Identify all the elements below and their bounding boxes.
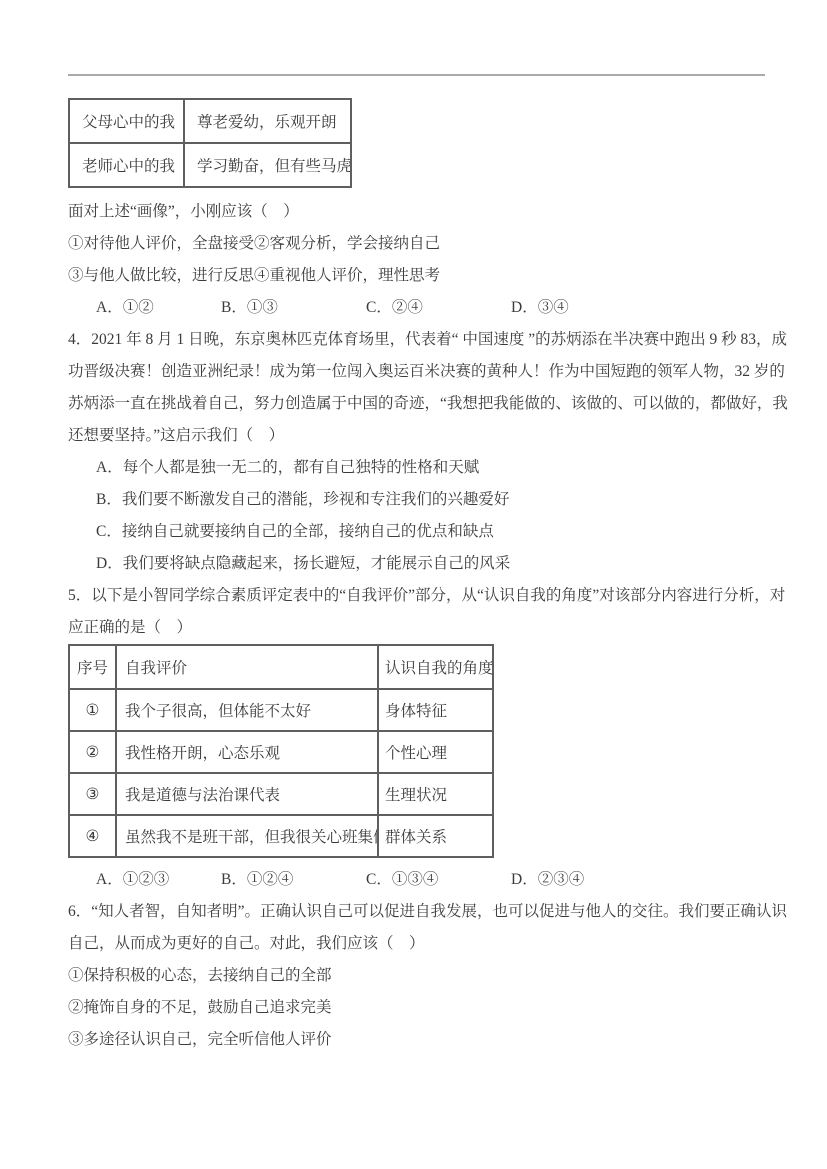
q5-stem: 5．以下是小智同学综合素质评定表中的“自我评价”部分，从“认识自我的角度”对该部… (68, 580, 765, 644)
table-cell-number: ① (69, 689, 116, 731)
q4-stem: 4．2021 年 8 月 1 日晚，东京奥林匹克体育场里，代表着“ 中国速度 ”… (68, 324, 765, 452)
q5-option-c: C．①③④ (366, 864, 511, 896)
q4-stem-line-4: 还想要坚持。”这启示我们（ ） (68, 420, 765, 452)
q5-option-a: A．①②③ (96, 864, 221, 896)
document-page: 父母心中的我 尊老爱幼，乐观开朗 老师心中的我 学习勤奋，但有些马虎 面对上述“… (0, 74, 827, 1056)
table-cell-number: ④ (69, 815, 116, 857)
self-evaluation-table: 序号 自我评价 认识自我的角度 ① 我个子很高，但体能不太好 身体特征 ② 我性… (68, 644, 494, 858)
q3-statements-1-2: ①对待他人评价，全盘接受②客观分析，学会接纳自己 (68, 228, 765, 260)
q6-item-3: ③多途径认识自己，完全听信他人评价 (68, 1024, 765, 1056)
q5-stem-line-2: 应正确的是（ ） (68, 612, 765, 644)
q6-item-2: ②掩饰自身的不足，鼓励自己追求完美 (68, 992, 765, 1024)
q4-stem-line-2: 功晋级决赛！创造亚洲纪录！成为第一位闯入奥运百米决赛的黄种人！作为中国短跑的领军… (68, 356, 765, 388)
q5-option-b: B．①②④ (221, 864, 366, 896)
table-row: 老师心中的我 学习勤奋，但有些马虎 (69, 143, 351, 187)
q6-items: ①保持积极的心态，去接纳自己的全部 ②掩饰自身的不足，鼓励自己追求完美 ③多途径… (68, 960, 765, 1056)
q3-option-c: C．②④ (366, 292, 511, 324)
table-row: ④ 虽然我不是班干部，但我很关心班集体 群体关系 (69, 815, 493, 857)
q4-options: A．每个人都是独一无二的，都有自己独特的性格和天赋 B．我们要不断激发自己的潜能… (68, 452, 765, 580)
q3-options-row: A．①②B．①③C．②④D．③④ (68, 292, 765, 324)
table-cell-number: ③ (69, 773, 116, 815)
table-cell-evaluation: 虽然我不是班干部，但我很关心班集体 (116, 815, 378, 857)
table-header-row: 序号 自我评价 认识自我的角度 (69, 645, 493, 689)
table-row: ③ 我是道德与法治课代表 生理状况 (69, 773, 493, 815)
page-divider (68, 74, 765, 76)
q3-option-d: D．③④ (511, 292, 656, 324)
q4-option-a: A．每个人都是独一无二的，都有自己独特的性格和天赋 (68, 452, 765, 484)
table-cell-teacher-label: 老师心中的我 (69, 143, 184, 187)
q4-option-c: C．接纳自己就要接纳自己的全部，接纳自己的优点和缺点 (68, 516, 765, 548)
header-cell-angle: 认识自我的角度 (378, 645, 493, 689)
table-cell-number: ② (69, 731, 116, 773)
table-cell-parents-label: 父母心中的我 (69, 99, 184, 143)
q4-option-b: B．我们要不断激发自己的潜能，珍视和专注我们的兴趣爱好 (68, 484, 765, 516)
table-row: 父母心中的我 尊老爱幼，乐观开朗 (69, 99, 351, 143)
q4-stem-line-3: 苏炳添一直在挑战着自己，努力创造属于中国的奇迹，“我想把我能做的、该做的、可以做… (68, 388, 765, 420)
q5-stem-line-1: 5．以下是小智同学综合素质评定表中的“自我评价”部分，从“认识自我的角度”对该部… (68, 580, 765, 612)
q5-option-d: D．②③④ (511, 864, 656, 896)
portrait-table: 父母心中的我 尊老爱幼，乐观开朗 老师心中的我 学习勤奋，但有些马虎 (68, 98, 352, 188)
table-cell-evaluation: 我性格开朗，心态乐观 (116, 731, 378, 773)
q6-stem: 6．“知人者智，自知者明”。正确认识自己可以促进自我发展，也可以促进与他人的交往… (68, 896, 765, 960)
header-cell-self-evaluation: 自我评价 (116, 645, 378, 689)
q3-statements-3-4: ③与他人做比较，进行反思④重视他人评价，理性思考 (68, 260, 765, 292)
table-cell-angle: 身体特征 (378, 689, 493, 731)
table-cell-angle: 个性心理 (378, 731, 493, 773)
q6-stem-line-1: 6．“知人者智，自知者明”。正确认识自己可以促进自我发展，也可以促进与他人的交往… (68, 896, 765, 928)
table-row: ② 我性格开朗，心态乐观 个性心理 (69, 731, 493, 773)
table-cell-angle: 群体关系 (378, 815, 493, 857)
q3-option-a: A．①② (96, 292, 221, 324)
q6-item-1: ①保持积极的心态，去接纳自己的全部 (68, 960, 765, 992)
q4-option-d: D．我们要将缺点隐藏起来，扬长避短，才能展示自己的风采 (68, 548, 765, 580)
table-cell-parents-value: 尊老爱幼，乐观开朗 (184, 99, 351, 143)
table-row: ① 我个子很高，但体能不太好 身体特征 (69, 689, 493, 731)
table-cell-evaluation: 我是道德与法治课代表 (116, 773, 378, 815)
q3-tail: 面对上述“画像”，小刚应该（ ） ①对待他人评价，全盘接受②客观分析，学会接纳自… (68, 196, 765, 292)
table-cell-angle: 生理状况 (378, 773, 493, 815)
q3-option-b: B．①③ (221, 292, 366, 324)
q5-options-row: A．①②③B．①②④C．①③④D．②③④ (68, 864, 765, 896)
table-cell-teacher-value: 学习勤奋，但有些马虎 (184, 143, 351, 187)
header-cell-number: 序号 (69, 645, 116, 689)
q4-stem-line-1: 4．2021 年 8 月 1 日晚，东京奥林匹克体育场里，代表着“ 中国速度 ”… (68, 324, 765, 356)
q6-stem-line-2: 自己，从而成为更好的自己。对此，我们应该（ ） (68, 928, 765, 960)
table-cell-evaluation: 我个子很高，但体能不太好 (116, 689, 378, 731)
q3-prompt: 面对上述“画像”，小刚应该（ ） (68, 196, 765, 228)
